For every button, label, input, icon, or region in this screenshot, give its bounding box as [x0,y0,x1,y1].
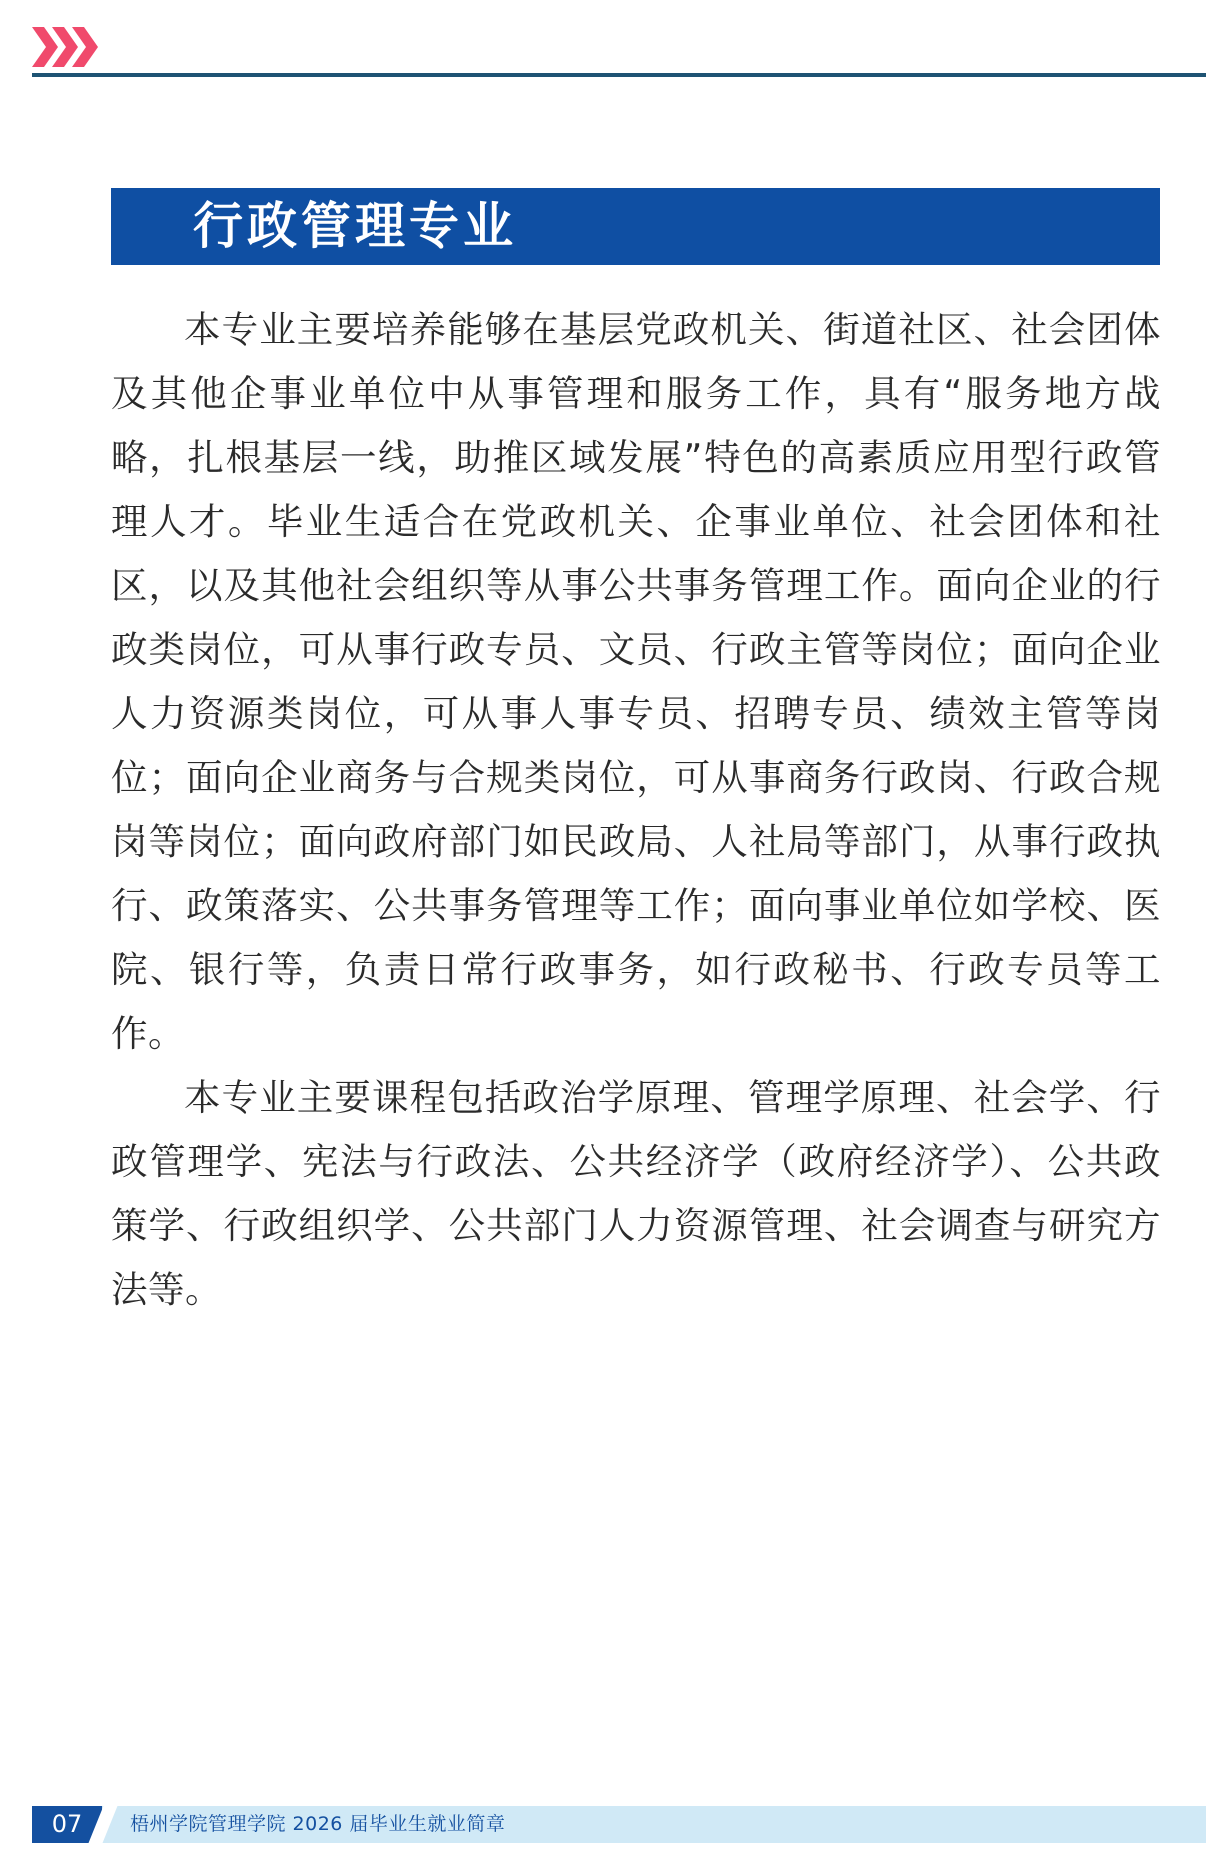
triple-chevron-right-icon [32,27,104,67]
paragraph-career: 本专业主要培养能够在基层党政机关、街道社区、社会团体及其他企事业单位中从事管理和… [111,298,1161,1066]
paragraph-courses: 本专业主要课程包括政治学原理、管理学原理、社会学、行政管理学、宪法与行政法、公共… [111,1066,1161,1322]
header-divider [32,73,1206,77]
page-number: 07 [32,1806,102,1843]
publication-title: 梧州学院管理学院 2026 届毕业生就业简章 [130,1806,505,1843]
section-title-banner: 行政管理专业 [111,188,1160,265]
section-title: 行政管理专业 [193,196,517,256]
body-text: 本专业主要培养能够在基层党政机关、街道社区、社会团体及其他企事业单位中从事管理和… [111,298,1161,1322]
